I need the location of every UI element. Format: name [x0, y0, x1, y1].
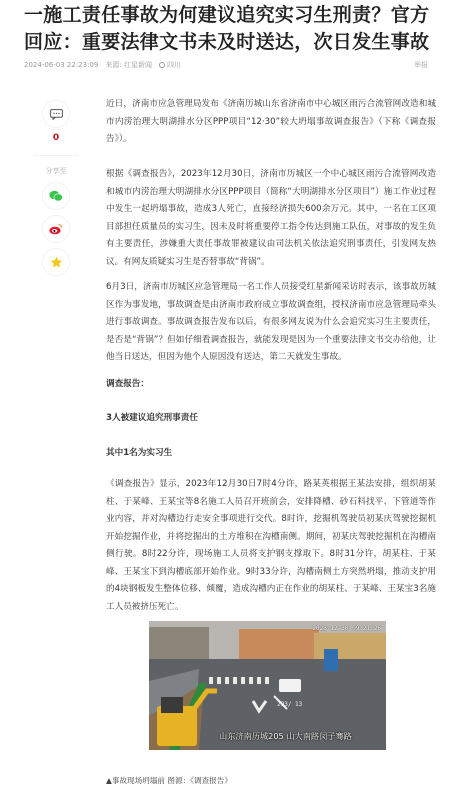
star-icon — [50, 256, 63, 268]
photo-caption: ▲事故现场坍塌前 图源：《调查报告》 — [106, 775, 232, 786]
section-heading-intern: 其中1名为实习生 — [106, 445, 436, 463]
paragraph-report-summary: 根据《调查报告》，2023年12月30日，济南市历城区一个中心城区雨污合流管网改… — [106, 166, 436, 271]
comment-button[interactable] — [42, 100, 70, 128]
timestamp-overlay: 2023-12-30 09:21:26 — [312, 625, 381, 632]
article-title: 一施工责任事故为何建议追究实习生刑责？官方回应：重要法律文书未及时送达，次日发生… — [24, 2, 434, 56]
camera-id-overlay: 293/ 13 — [277, 701, 302, 708]
section-heading-criminal: 3人被建议追究刑事责任 — [106, 410, 436, 428]
location-overlay: 山东济南历城205 山大南路闵子骞路 — [219, 731, 352, 742]
article-meta: 2024-06-03 22:23:09 来源: 红星新闻 四川 举报 — [24, 58, 428, 72]
section-heading-report: 调查报告： — [106, 376, 436, 394]
article-page: 一施工责任事故为何建议追究实习生刑责？官方回应：重要法律文书未及时送达，次日发生… — [0, 0, 452, 800]
report-link[interactable]: 举报 — [414, 60, 428, 70]
paragraph-intro: 近日，济南市应急管理局发布《济南历城山东省济南市中心城区雨污合流管网改造和城市内… — [106, 96, 436, 149]
action-sidebar: 0 分享至 — [34, 100, 78, 281]
paragraph-official-response: 6月3日，济南市历城区应急管理局一名工作人员接受红星新闻采访时表示，该事故历城区… — [106, 279, 436, 367]
comment-count[interactable]: 0 — [34, 133, 78, 145]
paragraph-timeline: 《调查报告》显示，2023年12月30日7时4分许，路某英根据王某法安排，组织胡… — [106, 476, 436, 616]
favorite-button[interactable] — [42, 248, 70, 276]
share-wechat-button[interactable] — [42, 182, 70, 210]
sidebar-divider — [34, 155, 78, 156]
share-label: 分享至 — [34, 166, 78, 176]
location-pin-icon — [159, 62, 165, 68]
publish-datetime: 2024-06-03 22:23:09 — [24, 61, 98, 69]
article-location: 四川 — [159, 60, 188, 70]
weibo-icon — [49, 223, 63, 235]
location-text: 四川 — [167, 61, 181, 69]
share-weibo-button[interactable] — [42, 215, 70, 243]
accident-scene-photo: 2023-12-30 09:21:26 293/ 13 山东济南历城205 山大… — [149, 621, 386, 750]
article-source: 来源: 红星新闻 — [105, 60, 152, 70]
comment-icon — [50, 109, 63, 120]
wechat-icon — [49, 190, 63, 202]
